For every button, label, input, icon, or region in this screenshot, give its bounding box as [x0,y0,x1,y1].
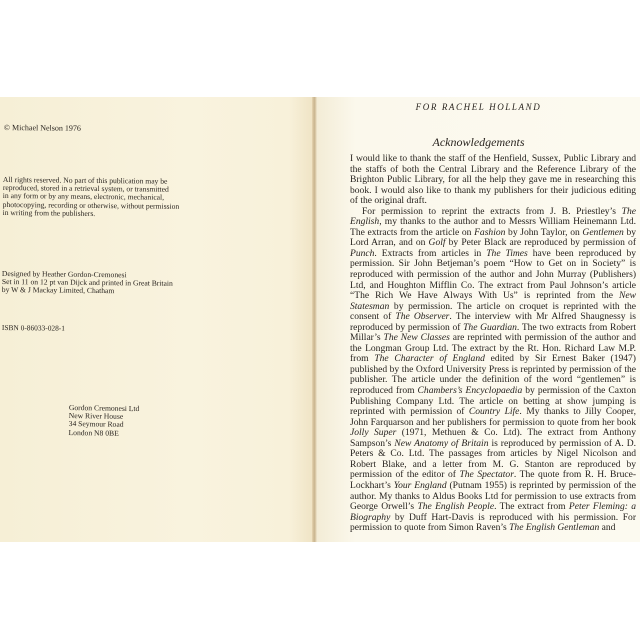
rights-statement: All rights reserved. No part of this pub… [3,176,180,219]
cited-title: New Anatomy of Britain [394,438,488,449]
text-run: . The extract from [494,501,569,512]
acknowledgements-heading: Acknowledgements [317,135,640,150]
copyright-notice: © Michael Nelson 1976 [4,124,81,133]
cited-title: Gentlemen [582,227,623,238]
cited-title: Your England [394,480,447,491]
cited-title: Jolly Super [350,427,396,438]
left-page-copyright: © Michael Nelson 1976 All rights reserve… [0,97,314,542]
dedication: FOR RACHEL HOLLAND [317,102,640,112]
design-printing-credits: Designed by Heather Gordon-Cremonesi Set… [2,270,173,296]
acknowledgements-paragraph-1: I would like to thank the staff of the H… [350,154,636,207]
isbn: ISBN 0-86033-028-1 [2,324,65,333]
text-run: and [599,522,615,533]
acknowledgements-paragraph-2: For permission to reprint the extracts f… [350,207,636,534]
cited-title: The English Gentleman [509,522,599,533]
text-run: For permission to reprint the extracts f… [362,206,622,217]
cited-title: Chambers’s Encyclo­paedia [418,385,523,396]
publisher-address: Gordon Cremonesi Ltd New River House 34 … [68,404,139,438]
book-spread: © Michael Nelson 1976 All rights reserve… [0,97,640,542]
acknowledgements-body: I would like to thank the staff of the H… [350,154,636,534]
cited-title: The Observer [395,311,449,322]
cited-title: Country Life [469,406,520,417]
cited-title: The Spectator [459,469,513,480]
text-run: by John Taylor, on [505,227,582,238]
cited-title: The Character of England [374,353,485,364]
cited-title: Golf [429,237,446,248]
text-run: . Extracts from articles in [374,248,486,259]
cited-title: Punch [350,248,374,259]
text-run: by Peter Black are reproduced by permiss… [446,237,636,248]
cited-title: The English People [417,501,494,512]
cited-title: Fashion [474,227,505,238]
cited-title: The New Classes [384,332,450,343]
cited-title: The Guardian [463,322,517,333]
cited-title: The Times [486,248,528,259]
credit-line: by W & J Mackay Limited, Chatham [2,286,173,296]
address-line: London N8 0BE [68,429,139,438]
